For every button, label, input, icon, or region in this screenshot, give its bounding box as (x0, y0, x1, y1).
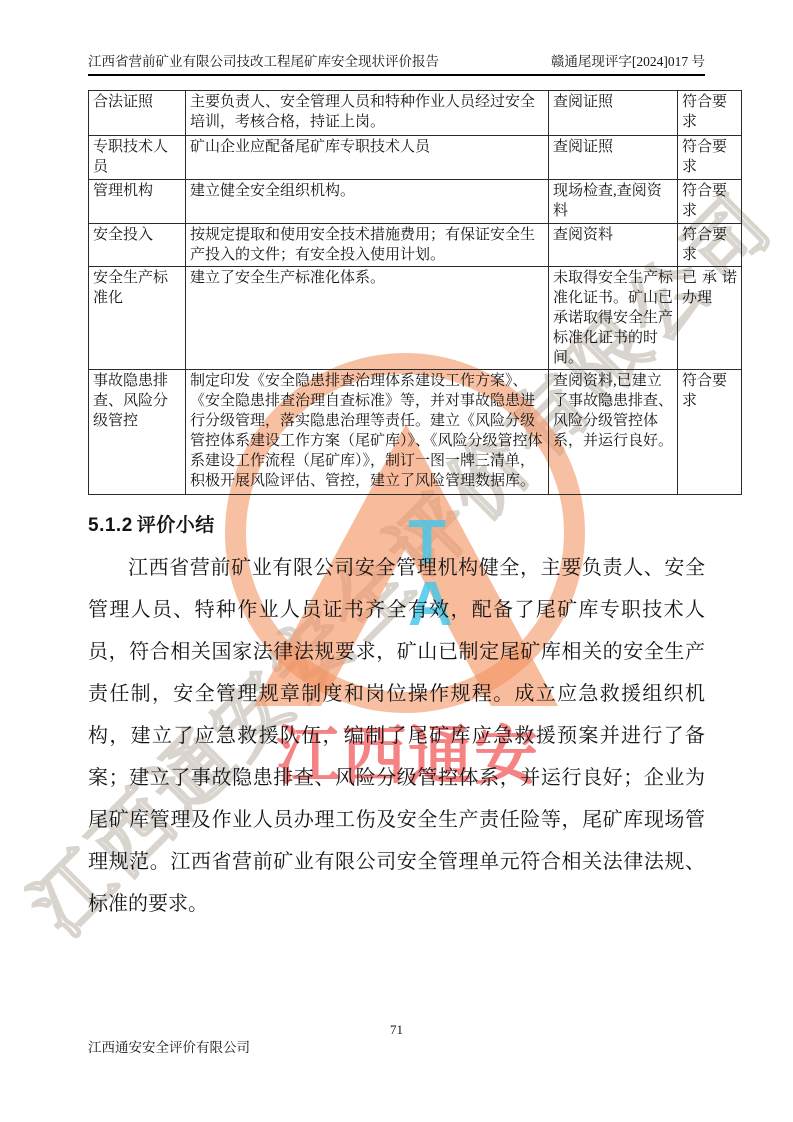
table-row: 事故隐患排查、风险分级管控 制定印发《安全隐患排查治理体系建设工作方案》、《安全… (89, 370, 742, 495)
item-cell: 安全投入 (89, 224, 186, 267)
method-cell: 查阅资料,已建立了事故隐患排查、风险分级管控体系，并运行良好。 (549, 370, 678, 495)
method-cell: 未取得安全生产标准化证书。矿山已承诺取得安全生产标准化证书的时间。 (549, 267, 678, 370)
basis-cell: 制定印发《安全隐患排查治理体系建设工作方案》、《安全隐患排查治理自查标准》等，并… (186, 370, 549, 495)
summary-paragraph: 江西省营前矿业有限公司安全管理机构健全，主要负责人、安全管理人员、特种作业人员证… (88, 547, 705, 925)
item-cell: 合法证照 (89, 91, 186, 136)
basis-cell: 矿山企业应配备尾矿库专职技术人员 (186, 136, 549, 180)
result-cell: 符合要求 (678, 370, 742, 495)
section-title: 评价小结 (137, 515, 215, 536)
method-cell: 查阅资料 (549, 224, 678, 267)
table-row: 安全投入 按规定提取和使用安全技术措施费用；有保证安全生产投入的文件；有安全投入… (89, 224, 742, 267)
compliance-table: 合法证照 主要负责人、安全管理人员和特种作业人员经过安全培训，考核合格，持证上岗… (88, 90, 742, 495)
item-cell: 专职技术人员 (89, 136, 186, 180)
result-cell: 符合要求 (678, 91, 742, 136)
page-header: 江西省营前矿业有限公司技改工程尾矿库安全现状评价报告 赣通尾现评字[2024]0… (88, 0, 705, 76)
basis-cell: 建立了安全生产标准化体系。 (186, 267, 549, 370)
item-cell: 管理机构 (89, 180, 186, 224)
header-report-title: 江西省营前矿业有限公司技改工程尾矿库安全现状评价报告 (88, 52, 439, 72)
result-cell: 符合要求 (678, 136, 742, 180)
method-cell: 查阅证照 (549, 136, 678, 180)
result-cell: 符合要求 (678, 180, 742, 224)
method-cell: 现场检查,查阅资料 (549, 180, 678, 224)
method-cell: 查阅证照 (549, 91, 678, 136)
section-heading: 5.1.2评价小结 (88, 514, 705, 537)
section-number: 5.1.2 (88, 515, 133, 536)
footer-company-name: 江西通安安全评价有限公司 (88, 1036, 250, 1056)
header-doc-number: 赣通尾现评字[2024]017 号 (551, 52, 705, 72)
item-cell: 安全生产标准化 (89, 267, 186, 370)
result-cell: 符合要求 (678, 224, 742, 267)
document-page: 江西通安安全评价有限公司 TA 江西通安 江西省营前矿业有限公司技改工程尾矿库安… (0, 0, 793, 1122)
table-row: 专职技术人员 矿山企业应配备尾矿库专职技术人员 查阅证照 符合要求 (89, 136, 742, 180)
table-row: 合法证照 主要负责人、安全管理人员和特种作业人员经过安全培训，考核合格，持证上岗… (89, 91, 742, 136)
table-row: 管理机构 建立健全安全组织机构。 现场检查,查阅资料 符合要求 (89, 180, 742, 224)
result-cell: 已承诺办理 (678, 267, 742, 370)
basis-cell: 建立健全安全组织机构。 (186, 180, 549, 224)
basis-cell: 主要负责人、安全管理人员和特种作业人员经过安全培训，考核合格，持证上岗。 (186, 91, 549, 136)
table-row: 安全生产标准化 建立了安全生产标准化体系。 未取得安全生产标准化证书。矿山已承诺… (89, 267, 742, 370)
basis-cell: 按规定提取和使用安全技术措施费用；有保证安全生产投入的文件；有安全投入使用计划。 (186, 224, 549, 267)
item-cell: 事故隐患排查、风险分级管控 (89, 370, 186, 495)
content-layer: 江西省营前矿业有限公司技改工程尾矿库安全现状评价报告 赣通尾现评字[2024]0… (0, 0, 793, 925)
